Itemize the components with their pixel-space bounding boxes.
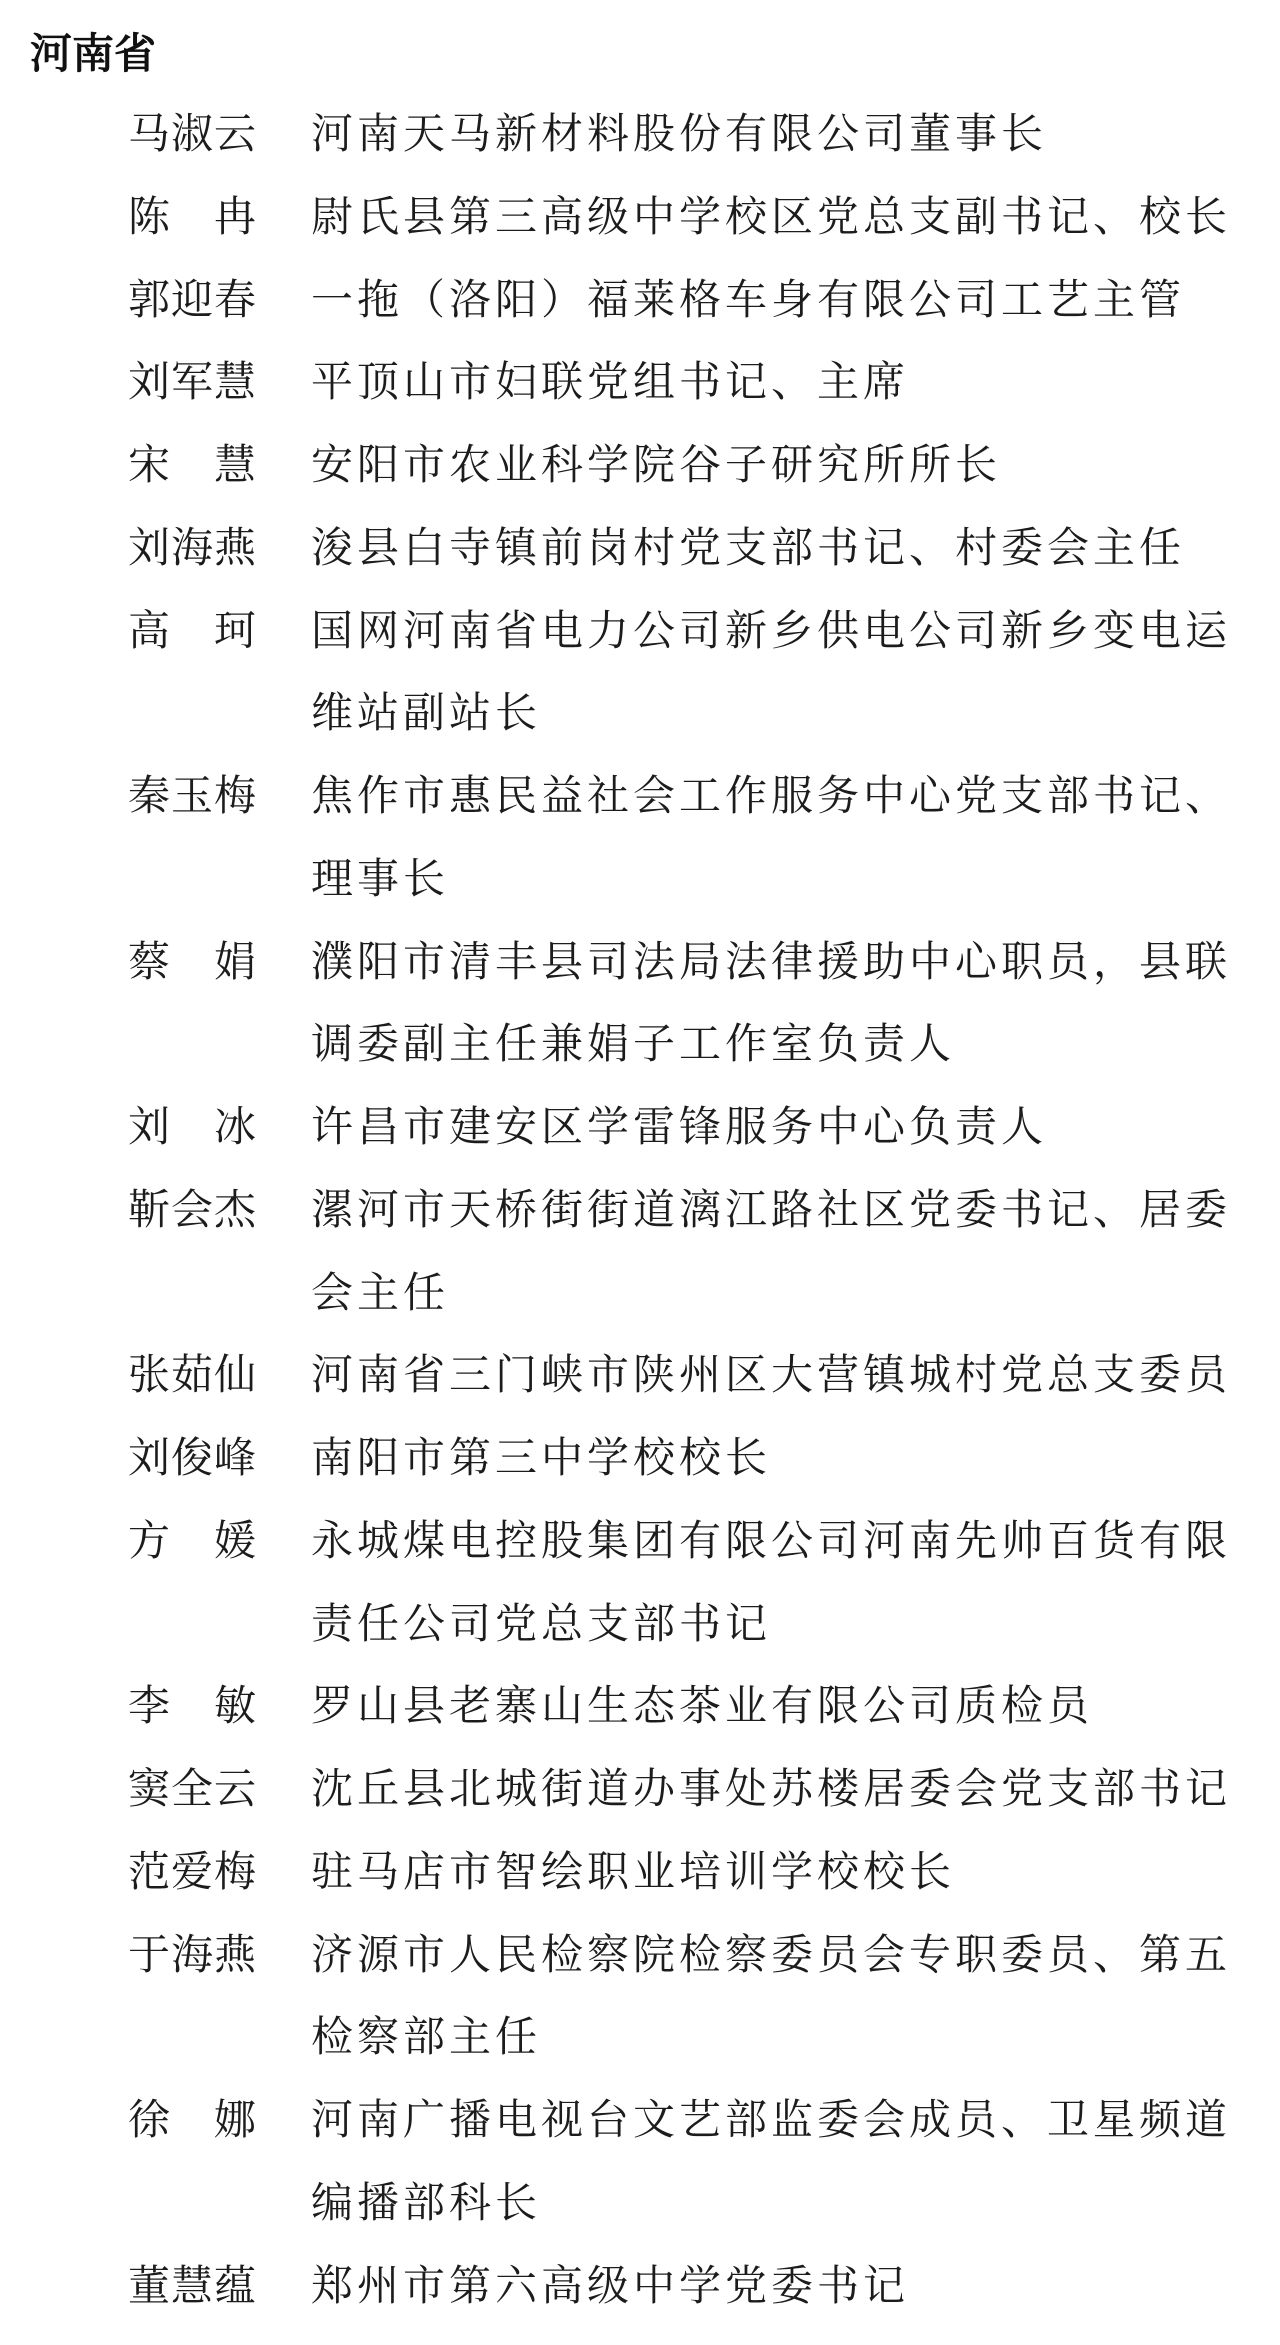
person-name: 方 媛 [128, 1501, 256, 1584]
person-title: 河南省三门峡市陕州区大营镇城村党总支委员 [311, 1335, 1240, 1418]
person-title: 国网河南省电力公司新乡供电公司新乡变电运维站副站长 [311, 591, 1240, 757]
list-item: 刘军慧 平顶山市妇联党组书记、主席 [128, 342, 1240, 425]
honoree-list: 马淑云 河南天马新材料股份有限公司董事长 陈 冉 尉氏县第三高级中学校区党总支副… [30, 94, 1240, 2328]
list-item: 刘俊峰 南阳市第三中学校校长 [128, 1418, 1240, 1501]
person-name: 秦玉梅 [128, 756, 256, 839]
person-title: 漯河市天桥街街道漓江路社区党委书记、居委会主任 [311, 1170, 1240, 1336]
person-name: 蔡 娟 [128, 922, 256, 1005]
list-item: 马淑云 河南天马新材料股份有限公司董事长 [128, 94, 1240, 177]
list-item: 董慧蕴 郑州市第六高级中学党委书记 [128, 2246, 1240, 2329]
person-title: 河南天马新材料股份有限公司董事长 [311, 94, 1240, 177]
person-title: 罗山县老寨山生态茶业有限公司质检员 [311, 1666, 1240, 1749]
person-title: 沈丘县北城街道办事处苏楼居委会党支部书记 [311, 1749, 1240, 1832]
person-name: 李 敏 [128, 1666, 256, 1749]
list-item: 刘 冰 许昌市建安区学雷锋服务中心负责人 [128, 1087, 1240, 1170]
person-title: 濮阳市清丰县司法局法律援助中心职员，县联调委副主任兼娟子工作室负责人 [311, 922, 1240, 1088]
person-title: 安阳市农业科学院谷子研究所所长 [311, 425, 1240, 508]
person-name: 宋 慧 [128, 425, 256, 508]
person-title: 焦作市惠民益社会工作服务中心党支部书记、理事长 [311, 756, 1240, 922]
list-item: 靳会杰 漯河市天桥街街道漓江路社区党委书记、居委会主任 [128, 1170, 1240, 1336]
document-page: 河南省 马淑云 河南天马新材料股份有限公司董事长 陈 冉 尉氏县第三高级中学校区… [0, 0, 1280, 2328]
list-item: 徐 娜 河南广播电视台文艺部监委会成员、卫星频道编播部科长 [128, 2080, 1240, 2246]
list-item: 郭迎春 一拖（洛阳）福莱格车身有限公司工艺主管 [128, 260, 1240, 343]
person-name: 郭迎春 [128, 260, 256, 343]
person-name: 马淑云 [128, 94, 256, 177]
person-name: 刘海燕 [128, 508, 256, 591]
list-item: 张茹仙 河南省三门峡市陕州区大营镇城村党总支委员 [128, 1335, 1240, 1418]
list-item: 于海燕 济源市人民检察院检察委员会专职委员、第五检察部主任 [128, 1915, 1240, 2081]
person-name: 靳会杰 [128, 1170, 256, 1253]
list-item: 刘海燕 浚县白寺镇前岗村党支部书记、村委会主任 [128, 508, 1240, 591]
list-item: 陈 冉 尉氏县第三高级中学校区党总支副书记、校长 [128, 177, 1240, 260]
list-item: 高 珂 国网河南省电力公司新乡供电公司新乡变电运维站副站长 [128, 591, 1240, 757]
person-name: 于海燕 [128, 1915, 256, 1998]
person-title: 永城煤电控股集团有限公司河南先帅百货有限责任公司党总支部书记 [311, 1501, 1240, 1667]
person-title: 济源市人民检察院检察委员会专职委员、第五检察部主任 [311, 1915, 1240, 2081]
person-name: 董慧蕴 [128, 2246, 256, 2329]
person-name: 徐 娜 [128, 2080, 256, 2163]
person-title: 尉氏县第三高级中学校区党总支副书记、校长 [311, 177, 1240, 260]
list-item: 蔡 娟 濮阳市清丰县司法局法律援助中心职员，县联调委副主任兼娟子工作室负责人 [128, 922, 1240, 1088]
person-title: 郑州市第六高级中学党委书记 [311, 2246, 1240, 2329]
list-item: 李 敏 罗山县老寨山生态茶业有限公司质检员 [128, 1666, 1240, 1749]
person-title: 一拖（洛阳）福莱格车身有限公司工艺主管 [311, 260, 1240, 343]
person-name: 高 珂 [128, 591, 256, 674]
person-name: 张茹仙 [128, 1335, 256, 1418]
person-name: 刘俊峰 [128, 1418, 256, 1501]
person-name: 刘军慧 [128, 342, 256, 425]
person-title: 许昌市建安区学雷锋服务中心负责人 [311, 1087, 1240, 1170]
person-title: 浚县白寺镇前岗村党支部书记、村委会主任 [311, 508, 1240, 591]
list-item: 范爱梅 驻马店市智绘职业培训学校校长 [128, 1832, 1240, 1915]
province-section-title: 河南省 [30, 30, 1240, 78]
person-title: 驻马店市智绘职业培训学校校长 [311, 1832, 1240, 1915]
list-item: 秦玉梅 焦作市惠民益社会工作服务中心党支部书记、理事长 [128, 756, 1240, 922]
person-name: 陈 冉 [128, 177, 256, 260]
list-item: 窦全云 沈丘县北城街道办事处苏楼居委会党支部书记 [128, 1749, 1240, 1832]
list-item: 方 媛 永城煤电控股集团有限公司河南先帅百货有限责任公司党总支部书记 [128, 1501, 1240, 1667]
person-name: 窦全云 [128, 1749, 256, 1832]
person-name: 范爱梅 [128, 1832, 256, 1915]
person-title: 河南广播电视台文艺部监委会成员、卫星频道编播部科长 [311, 2080, 1240, 2246]
person-title: 南阳市第三中学校校长 [311, 1418, 1240, 1501]
list-item: 宋 慧 安阳市农业科学院谷子研究所所长 [128, 425, 1240, 508]
person-title: 平顶山市妇联党组书记、主席 [311, 342, 1240, 425]
person-name: 刘 冰 [128, 1087, 256, 1170]
